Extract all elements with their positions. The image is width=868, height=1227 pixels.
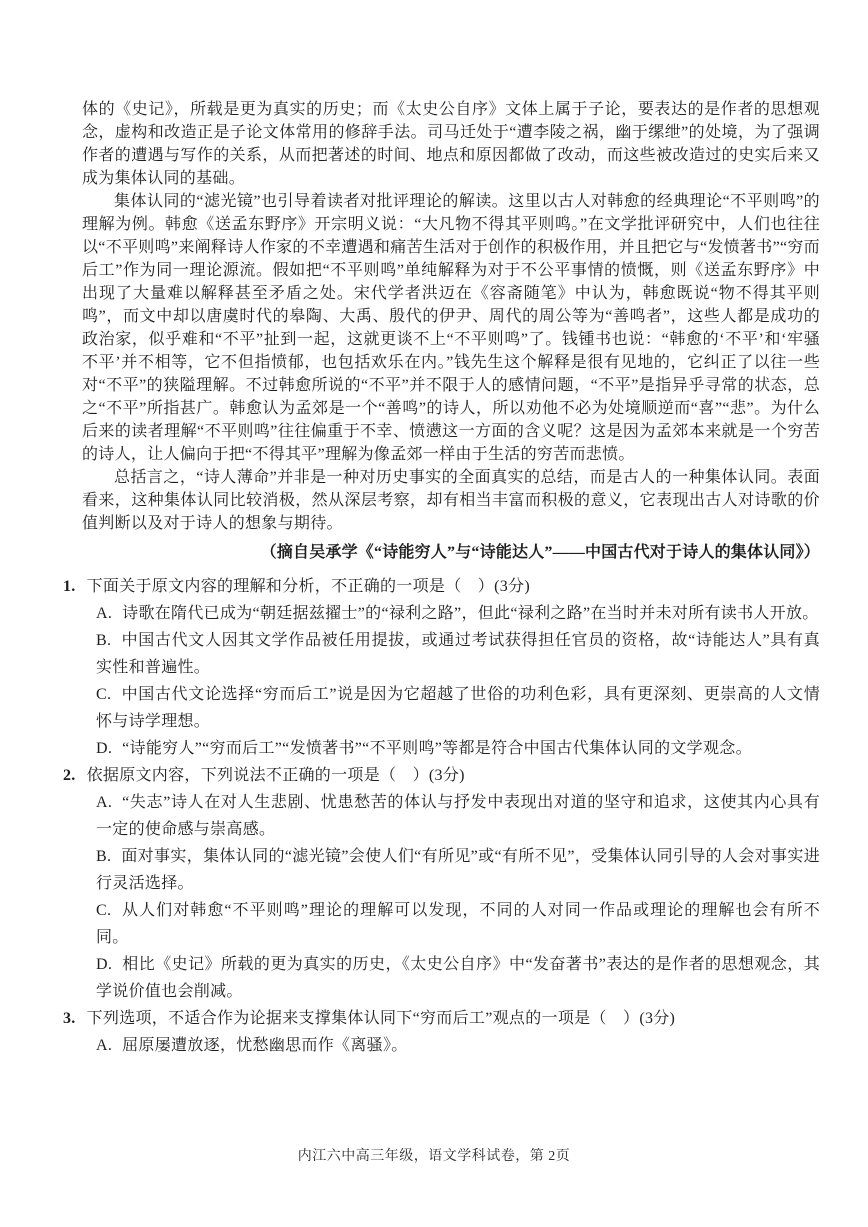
option-label: D. bbox=[96, 956, 112, 973]
option-list: A.屈原屡遭放逐，忧愁幽思而作《离骚》。 bbox=[96, 1032, 820, 1059]
question-1: 1. 下面关于原文内容的理解和分析，不正确的一项是（ ）(3分) A.诗歌在隋代… bbox=[63, 573, 820, 762]
option-label: B. bbox=[96, 848, 111, 865]
option-label: D. bbox=[96, 740, 112, 757]
option-text: 中国古代文论选择“穷而后工”说是因为它超越了世俗的功利色彩，具有更深刻、更崇高的… bbox=[96, 686, 820, 730]
option-label: A. bbox=[96, 605, 112, 622]
option-text: 相比《史记》所载的更为真实的历史，《太史公自序》中“发奋著书”表达的是作者的思想… bbox=[96, 956, 820, 1000]
option-a: A.屈原屡遭放逐，忧愁幽思而作《离骚》。 bbox=[96, 1032, 820, 1059]
question-list: 1. 下面关于原文内容的理解和分析，不正确的一项是（ ）(3分) A.诗歌在隋代… bbox=[63, 573, 820, 1059]
option-text: 屈原屡遭放逐，忧愁幽思而作《离骚》。 bbox=[122, 1037, 407, 1054]
question-number: 3. bbox=[63, 1005, 76, 1032]
option-d: D.相比《史记》所载的更为真实的历史，《太史公自序》中“发奋著书”表达的是作者的… bbox=[96, 951, 820, 1005]
option-d: D.“诗能穷人”“穷而后工”“发愤著书”“不平则鸣”等都是符合中国古代集体认同的… bbox=[96, 735, 820, 762]
question-stem-row: 3. 下列选项，不适合作为论据来支撑集体认同下“穷而后工”观点的一项是（ ）(3… bbox=[63, 1005, 820, 1032]
option-list: A.“失志”诗人在对人生悲剧、忧患愁苦的体认与抒发中表现出对道的坚守和追求，这使… bbox=[96, 789, 820, 1005]
passage-attribution: （摘自吴承学《“诗能穷人”与“诗能达人”——中国古代对于诗人的集体认同》） bbox=[82, 539, 820, 566]
passage-paragraph: 总括言之，“诗人薄命”并非是一种对历史事实的全面真实的总结，而是古人的一种集体认… bbox=[82, 466, 820, 535]
option-b: B.中国古代文人因其文学作品被任用提拔，或通过考试获得担任官员的资格，故“诗能达… bbox=[96, 627, 820, 681]
reading-passage: 体的《史记》，所载是更为真实的历史；而《太史公自序》文体上属于子论，要表达的是作… bbox=[82, 98, 820, 1059]
question-number: 2. bbox=[63, 762, 76, 789]
option-label: A. bbox=[96, 794, 112, 811]
question-stem: 下面关于原文内容的理解和分析，不正确的一项是（ ）(3分) bbox=[87, 573, 530, 600]
option-text: 诗歌在隋代已成为“朝廷据兹擢士”的“禄利之路”，但此“禄利之路”在当时并未对所有… bbox=[122, 605, 818, 622]
exam-paper-page: 体的《史记》，所载是更为真实的历史；而《太史公自序》文体上属于子论，要表达的是作… bbox=[0, 0, 868, 1227]
question-2: 2. 依据原文内容，下列说法不正确的一项是（ ）(3分) A.“失志”诗人在对人… bbox=[63, 762, 820, 1005]
option-label: A. bbox=[96, 1037, 112, 1054]
option-label: C. bbox=[96, 902, 111, 919]
question-number: 1. bbox=[63, 573, 76, 600]
question-stem: 下列选项，不适合作为论据来支撑集体认同下“穷而后工”观点的一项是（ ）(3分) bbox=[87, 1005, 676, 1032]
option-text: 从人们对韩愈“不平则鸣”理论的理解可以发现，不同的人对同一作品或理论的理解也会有… bbox=[96, 902, 820, 946]
question-3: 3. 下列选项，不适合作为论据来支撑集体认同下“穷而后工”观点的一项是（ ）(3… bbox=[63, 1005, 820, 1059]
passage-paragraph: 集体认同的“滤光镜”也引导着读者对批评理论的解读。这里以古人对韩愈的经典理论“不… bbox=[82, 190, 820, 466]
question-stem: 依据原文内容，下列说法不正确的一项是（ ）(3分) bbox=[87, 762, 465, 789]
passage-paragraph: 体的《史记》，所载是更为真实的历史；而《太史公自序》文体上属于子论，要表达的是作… bbox=[82, 98, 820, 190]
option-text: 面对事实，集体认同的“滤光镜”会使人们“有所见”或“有所不见”，受集体认同引导的… bbox=[96, 848, 820, 892]
page-footer: 内江六中高三年级，语文学科试卷，第 2页 bbox=[0, 1145, 868, 1165]
option-a: A.“失志”诗人在对人生悲剧、忧患愁苦的体认与抒发中表现出对道的坚守和追求，这使… bbox=[96, 789, 820, 843]
option-c: C.中国古代文论选择“穷而后工”说是因为它超越了世俗的功利色彩，具有更深刻、更崇… bbox=[96, 681, 820, 735]
question-stem-row: 1. 下面关于原文内容的理解和分析，不正确的一项是（ ）(3分) bbox=[63, 573, 820, 600]
option-label: C. bbox=[96, 686, 111, 703]
option-text: “失志”诗人在对人生悲剧、忧患愁苦的体认与抒发中表现出对道的坚守和追求，这使其内… bbox=[96, 794, 820, 838]
option-label: B. bbox=[96, 632, 111, 649]
option-b: B.面对事实，集体认同的“滤光镜”会使人们“有所见”或“有所不见”，受集体认同引… bbox=[96, 843, 820, 897]
option-list: A.诗歌在隋代已成为“朝廷据兹擢士”的“禄利之路”，但此“禄利之路”在当时并未对… bbox=[96, 600, 820, 762]
question-stem-row: 2. 依据原文内容，下列说法不正确的一项是（ ）(3分) bbox=[63, 762, 820, 789]
option-text: “诗能穷人”“穷而后工”“发愤著书”“不平则鸣”等都是符合中国古代集体认同的文学… bbox=[122, 740, 752, 757]
option-text: 中国古代文人因其文学作品被任用提拔，或通过考试获得担任官员的资格，故“诗能达人”… bbox=[96, 632, 820, 676]
option-a: A.诗歌在隋代已成为“朝廷据兹擢士”的“禄利之路”，但此“禄利之路”在当时并未对… bbox=[96, 600, 820, 627]
option-c: C.从人们对韩愈“不平则鸣”理论的理解可以发现，不同的人对同一作品或理论的理解也… bbox=[96, 897, 820, 951]
